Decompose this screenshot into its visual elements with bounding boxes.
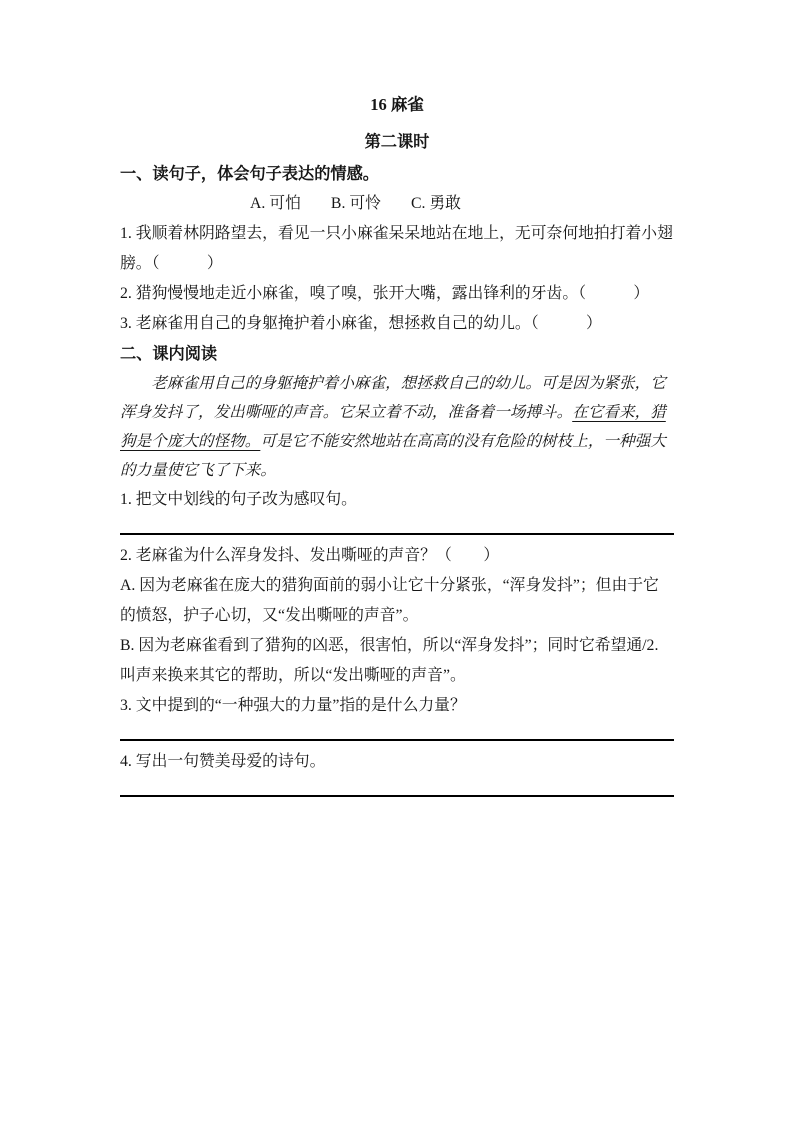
question-2-option-b: B. 因为老麻雀看到了猎狗的凶恶，很害怕，所以“浑身发抖”；同时它希望通/2.叫…	[120, 631, 674, 691]
sentence-item-1: 1. 我顺着林阴路望去，看见一只小麻雀呆呆地站在地上，无可奈何地拍打着小翅膀。（…	[120, 219, 674, 279]
question-2: 2. 老麻雀为什么浑身发抖、发出嘶哑的声音？（ ）	[120, 541, 674, 571]
worksheet-content: 16 麻雀 第二课时 一、读句子，体会句子表达的情感。 A. 可怕 B. 可怜 …	[120, 0, 674, 797]
option-c-yonggan: C. 勇敢	[411, 189, 461, 219]
section2-heading: 二、课内阅读	[120, 339, 674, 369]
option-a-kepa: A. 可怕	[250, 189, 301, 219]
question-4: 4. 写出一句赞美母爱的诗句。	[120, 747, 674, 777]
answer-blank-line-1	[120, 533, 674, 535]
answer-blank-line-2	[120, 739, 674, 741]
sentence-item-2: 2. 猎狗慢慢地走近小麻雀，嗅了嗅，张开大嘴，露出锋利的牙齿。（ ）	[120, 279, 674, 309]
question-1: 1. 把文中划线的句子改为感叹句。	[120, 485, 674, 515]
reading-passage: 老麻雀用自己的身躯掩护着小麻雀，想拯救自己的幼儿。可是因为紧张，它浑身发抖了，发…	[120, 369, 674, 485]
option-b-kelian: B. 可怜	[331, 189, 381, 219]
section1-options-row: A. 可怕 B. 可怜 C. 勇敢	[120, 189, 674, 219]
question-3: 3. 文中提到的“一种强大的力量”指的是什么力量？	[120, 691, 674, 721]
worksheet-page: { "page": { "title": "16 麻雀", "subtitle"…	[0, 0, 793, 1122]
sentence-item-3: 3. 老麻雀用自己的身躯掩护着小麻雀，想拯救自己的幼儿。（ ）	[120, 309, 674, 339]
section1-heading: 一、读句子，体会句子表达的情感。	[120, 159, 674, 189]
page-subtitle: 第二课时	[120, 127, 674, 157]
page-title: 16 麻雀	[120, 90, 674, 120]
answer-blank-line-3	[120, 795, 674, 797]
question-2-option-a: A. 因为老麻雀在庞大的猎狗面前的弱小让它十分紧张，“浑身发抖”；但由于它的愤怒…	[120, 571, 674, 631]
